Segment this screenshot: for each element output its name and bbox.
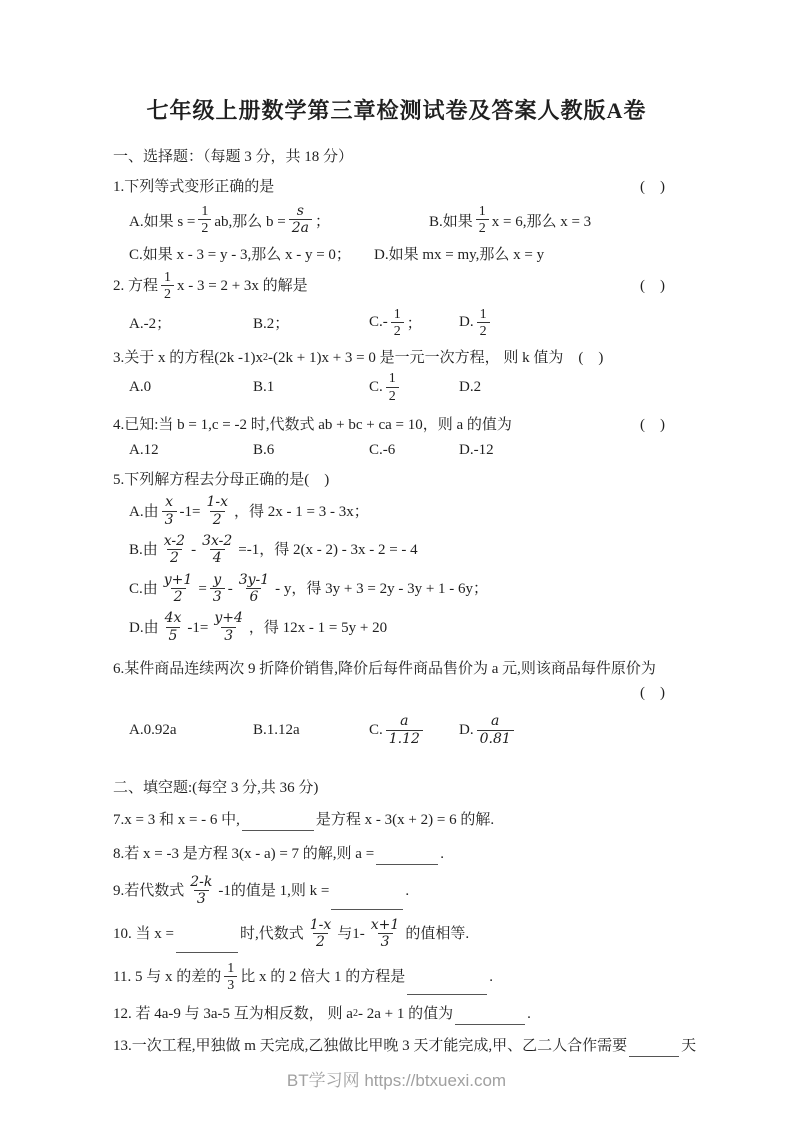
text-run: ； xyxy=(407,312,422,333)
fraction: 13 xyxy=(224,961,237,994)
text-run: 6.某件商品连续两次 9 折降价销售,降价后每件商品售价为 a 元,则该商品每件… xyxy=(113,658,656,680)
question-5-stem: 5.下列解方程去分母正确的是( ) xyxy=(113,469,329,491)
text-run: ab,那么 b = xyxy=(214,210,285,231)
text-run: 7.x = 3 和 x = - 6 中, xyxy=(113,809,240,831)
text-run: C.-6 xyxy=(369,442,395,459)
text-run: - xyxy=(191,539,196,561)
fraction: a1.12 xyxy=(386,714,423,747)
question-5-option-c: C.由y+12=y3-3y-16- y，得 3y + 3 = 2y - 3y +… xyxy=(129,571,793,608)
text-run: . xyxy=(489,966,493,988)
option-d: D.由4x5-1=y+43，得 12x - 1 = 5y + 20 xyxy=(129,609,387,646)
text-run: 12. 若 4a-9 与 3a-5 互为相反数， 则 a xyxy=(113,1003,353,1025)
fraction: 12 xyxy=(161,270,174,303)
option-d: D.12 xyxy=(459,305,689,342)
question-11: 11. 5 与 x 的差的13比 x 的 2 倍大 1 的方程是. xyxy=(113,959,793,996)
fraction: x3 xyxy=(162,495,177,528)
paper-title: 七年级上册数学第三章检测试卷及答案人教版A卷 xyxy=(0,96,793,126)
question-12: 12. 若 4a-9 与 3a-5 互为相反数， 则 a2- 2a + 1 的值… xyxy=(113,1003,793,1025)
question-1-options-row-2: C.如果 x - 3 = y - 3,那么 x - y = 0； D.如果 mx… xyxy=(129,243,689,264)
question-3: 3.关于 x 的方程(2k -1)x2-(2k + 1)x + 3 = 0 是一… xyxy=(113,347,793,369)
text-run: -1= xyxy=(187,617,208,639)
text-run: D.-12 xyxy=(459,442,494,459)
text-run: A.-2； xyxy=(129,312,171,333)
test-paper-page: 七年级上册数学第三章检测试卷及答案人教版A卷 一、选择题：（每题 3 分，共 1… xyxy=(0,0,793,1122)
question-1: 1.下列等式变形正确的是 ( ) xyxy=(113,176,665,198)
text-run: A.由 xyxy=(129,501,159,523)
answer-bracket: ( ) xyxy=(640,414,665,436)
option-a: A.如果 s = 12ab,那么 b = s2a； xyxy=(129,202,429,239)
question-7-text: 7.x = 3 和 x = - 6 中,是方程 x - 3(x + 2) = 6… xyxy=(113,809,494,831)
section-two-header: 二、填空题:(每空 3 分,共 36 分) xyxy=(113,777,793,799)
blank-underline xyxy=(176,936,238,953)
section-one-header: 一、选择题：（每题 3 分，共 18 分） xyxy=(113,146,793,168)
question-4: 4.已知:当 b = 1,c = -2 时,代数式 ab + bc + ca =… xyxy=(113,414,665,436)
option-a: A.由x3-1=1-x2，得 2x - 1 = 3 - 3x； xyxy=(129,493,369,530)
fraction: y+12 xyxy=(161,573,196,606)
question-5-option-b: B.由x-22-3x-24=-1，得 2(x - 2) - 3x - 2 = -… xyxy=(129,532,793,569)
text-run: 11. 5 与 x 的差的 xyxy=(113,966,221,988)
fraction: y+43 xyxy=(211,611,246,644)
answer-bracket: ( ) xyxy=(640,275,665,297)
text-run: C. xyxy=(369,722,383,739)
text-run: -1的值是 1,则 k = xyxy=(218,880,329,902)
question-5-option-a: A.由x3-1=1-x2，得 2x - 1 = 3 - 3x； xyxy=(129,493,793,530)
answer-bracket: ( ) xyxy=(640,685,665,701)
fraction: 3y-16 xyxy=(236,573,272,606)
option-b: B.1 xyxy=(253,379,369,396)
blank-underline xyxy=(376,848,438,865)
text-run: B.1 xyxy=(253,379,274,396)
question-13-text: 13.一次工程,甲独做 m 天完成,乙独做比甲晚 3 天才能完成,甲、乙二人合作… xyxy=(113,1035,696,1057)
text-run: 2. 方程 xyxy=(113,275,158,297)
option-c: C.a1.12 xyxy=(369,712,459,749)
blank-underline xyxy=(455,1008,525,1025)
fraction: 12 xyxy=(476,204,489,237)
option-d: D.a0.81 xyxy=(459,712,689,749)
text-run: D.2 xyxy=(459,379,481,396)
text-run: ； xyxy=(315,210,330,231)
text-run: . xyxy=(440,843,444,865)
fraction: 4x5 xyxy=(162,611,185,644)
text-run: B.1.12a xyxy=(253,722,300,739)
paper-content: 七年级上册数学第三章检测试卷及答案人教版A卷 一、选择题：（每题 3 分，共 1… xyxy=(0,0,793,1057)
option-a: A.0 xyxy=(129,379,253,396)
text-run: 的值相等. xyxy=(405,923,469,945)
text-run: D. xyxy=(459,314,474,331)
blank-underline xyxy=(331,893,403,910)
text-run: 是方程 x - 3(x + 2) = 6 的解. xyxy=(316,809,494,831)
text-run: A.如果 s = xyxy=(129,210,195,231)
blank-underline xyxy=(629,1040,679,1057)
option-d: D.-12 xyxy=(459,442,689,459)
text-run: C.如果 x - 3 = y - 3,那么 x - y = 0； xyxy=(129,243,351,264)
option-b: B.如果12x = 6,那么 x = 3 xyxy=(429,202,689,239)
question-2: 2. 方程12 x - 3 = 2 + 3x 的解是 ( ) xyxy=(113,268,665,305)
option-b: B.由x-22-3x-24=-1，得 2(x - 2) - 3x - 2 = -… xyxy=(129,532,418,569)
question-3-options: A.0 B.1 C.12 D.2 xyxy=(129,369,689,406)
question-1-stem: 1.下列等式变形正确的是 xyxy=(113,176,274,198)
fraction: 3x-24 xyxy=(199,534,235,567)
text-run: 9.若代数式 xyxy=(113,880,184,902)
fraction: 2-k3 xyxy=(187,875,215,908)
text-run: A.0.92a xyxy=(129,722,177,739)
text-run: . xyxy=(527,1003,531,1025)
question-5: 5.下列解方程去分母正确的是( ) xyxy=(113,469,793,491)
text-run: C.由 xyxy=(129,578,158,600)
question-6-bracket-line: ( ) xyxy=(113,682,665,704)
fraction: 1-x2 xyxy=(307,918,335,951)
text-run: 与1- xyxy=(337,923,365,945)
option-a: A.0.92a xyxy=(129,722,253,739)
fraction: x+13 xyxy=(368,918,403,951)
text-run: 时,代数式 xyxy=(240,923,304,945)
text-run: D.如果 mx = my,那么 x = y xyxy=(374,243,544,264)
text-run: -(2k + 1)x + 3 = 0 是一元一次方程， 则 k 值为 ( ) xyxy=(268,347,603,369)
option-c: C.-12； xyxy=(369,305,459,342)
option-b: B.6 xyxy=(253,442,369,459)
fraction: 12 xyxy=(391,307,404,340)
text-run: 3.关于 x 的方程(2k -1)x xyxy=(113,347,263,369)
fraction: s2a xyxy=(289,204,312,237)
fraction: x-22 xyxy=(161,534,188,567)
answer-bracket: ( ) xyxy=(640,176,665,198)
text-run: -1= xyxy=(180,501,201,523)
question-4-stem: 4.已知:当 b = 1,c = -2 时,代数式 ab + bc + ca =… xyxy=(113,414,512,436)
option-d: D.2 xyxy=(459,379,689,396)
text-run: A.0 xyxy=(129,379,151,396)
text-run: B.6 xyxy=(253,442,274,459)
fraction: 12 xyxy=(198,204,211,237)
text-run: 10. 当 x = xyxy=(113,923,174,945)
option-c: C.-6 xyxy=(369,442,459,459)
text-run: ，得 2x - 1 = 3 - 3x； xyxy=(234,501,369,523)
question-11-text: 11. 5 与 x 的差的13比 x 的 2 倍大 1 的方程是. xyxy=(113,959,493,996)
fraction: 12 xyxy=(386,371,399,404)
text-run: C. xyxy=(369,379,383,396)
text-run: B.如果 xyxy=(429,210,473,231)
option-a: A.12 xyxy=(129,442,253,459)
fraction: y3 xyxy=(210,573,225,606)
question-5-option-d: D.由4x5-1=y+43，得 12x - 1 = 5y + 20 xyxy=(129,609,793,646)
text-run: =-1，得 2(x - 2) - 3x - 2 = - 4 xyxy=(238,539,417,561)
question-10: 10. 当 x = 时,代数式1-x2与1-x+13的值相等. xyxy=(113,916,793,953)
option-c: C.由y+12=y3-3y-16- y，得 3y + 3 = 2y - 3y +… xyxy=(129,571,488,608)
question-6: 6.某件商品连续两次 9 折降价销售,降价后每件商品售价为 a 元,则该商品每件… xyxy=(113,658,793,680)
text-run: A.12 xyxy=(129,442,159,459)
text-run: 5.下列解方程去分母正确的是( ) xyxy=(113,469,329,491)
text-run: 比 x 的 2 倍大 1 的方程是 xyxy=(240,966,405,988)
text-run: - y，得 3y + 3 = 2y - 3y + 1 - 6y； xyxy=(275,578,488,600)
text-run: 4.已知:当 b = 1,c = -2 时,代数式 ab + bc + ca =… xyxy=(113,414,512,436)
option-a: A.-2； xyxy=(129,312,253,333)
text-run: 1.下列等式变形正确的是 xyxy=(113,176,274,198)
question-10-text: 10. 当 x = 时,代数式1-x2与1-x+13的值相等. xyxy=(113,916,469,953)
question-8-text: 8.若 x = -3 是方程 3(x - a) = 7 的解,则 a = . xyxy=(113,843,444,865)
option-c: C.12 xyxy=(369,369,459,406)
text-run: - 2a + 1 的值为 xyxy=(358,1003,453,1025)
text-run: C.- xyxy=(369,314,388,331)
option-d: D.如果 mx = my,那么 x = y xyxy=(374,243,689,264)
text-run: = xyxy=(198,578,206,600)
question-9: 9.若代数式2-k3-1的值是 1,则 k = . xyxy=(113,873,793,910)
watermark-footer: BT学习网 https://btxuexi.com xyxy=(0,1066,793,1091)
question-9-text: 9.若代数式2-k3-1的值是 1,则 k = . xyxy=(113,873,409,910)
question-6-stem: 6.某件商品连续两次 9 折降价销售,降价后每件商品售价为 a 元,则该商品每件… xyxy=(113,658,656,680)
option-b: B.1.12a xyxy=(253,722,369,739)
question-8: 8.若 x = -3 是方程 3(x - a) = 7 的解,则 a = . xyxy=(113,843,793,865)
blank-underline xyxy=(407,978,487,995)
question-12-text: 12. 若 4a-9 与 3a-5 互为相反数， 则 a2- 2a + 1 的值… xyxy=(113,1003,531,1025)
text-run: 8.若 x = -3 是方程 3(x - a) = 7 的解,则 a = xyxy=(113,843,374,865)
question-13: 13.一次工程,甲独做 m 天完成,乙独做比甲晚 3 天才能完成,甲、乙二人合作… xyxy=(113,1035,793,1057)
option-b: B.2； xyxy=(253,312,369,333)
question-2-stem: 2. 方程12 x - 3 = 2 + 3x 的解是 xyxy=(113,268,308,305)
text-run: D.由 xyxy=(129,617,159,639)
text-run: D. xyxy=(459,722,474,739)
question-4-options: A.12 B.6 C.-6 D.-12 xyxy=(129,442,689,459)
question-7: 7.x = 3 和 x = - 6 中,是方程 x - 3(x + 2) = 6… xyxy=(113,809,793,831)
question-2-options: A.-2； B.2； C.-12； D.12 xyxy=(129,305,689,342)
text-run: B.2； xyxy=(253,312,289,333)
blank-underline xyxy=(242,814,314,831)
fraction: 12 xyxy=(477,307,490,340)
question-3-stem: 3.关于 x 的方程(2k -1)x2-(2k + 1)x + 3 = 0 是一… xyxy=(113,347,603,369)
text-run: - xyxy=(228,578,233,600)
fraction: 1-x2 xyxy=(203,495,231,528)
fraction: a0.81 xyxy=(477,714,514,747)
question-1-options-row-1: A.如果 s = 12ab,那么 b = s2a； B.如果12x = 6,那么… xyxy=(129,202,689,239)
text-run: x - 3 = 2 + 3x 的解是 xyxy=(177,275,308,297)
text-run: x = 6,那么 x = 3 xyxy=(492,210,591,231)
text-run: 13.一次工程,甲独做 m 天完成,乙独做比甲晚 3 天才能完成,甲、乙二人合作… xyxy=(113,1035,627,1057)
text-run: 天 xyxy=(681,1035,696,1057)
text-run: . xyxy=(405,880,409,902)
text-run: B.由 xyxy=(129,539,158,561)
question-6-options: A.0.92a B.1.12a C.a1.12 D.a0.81 xyxy=(129,712,689,749)
text-run: ，得 12x - 1 = 5y + 20 xyxy=(249,617,387,639)
option-c: C.如果 x - 3 = y - 3,那么 x - y = 0； xyxy=(129,243,374,264)
